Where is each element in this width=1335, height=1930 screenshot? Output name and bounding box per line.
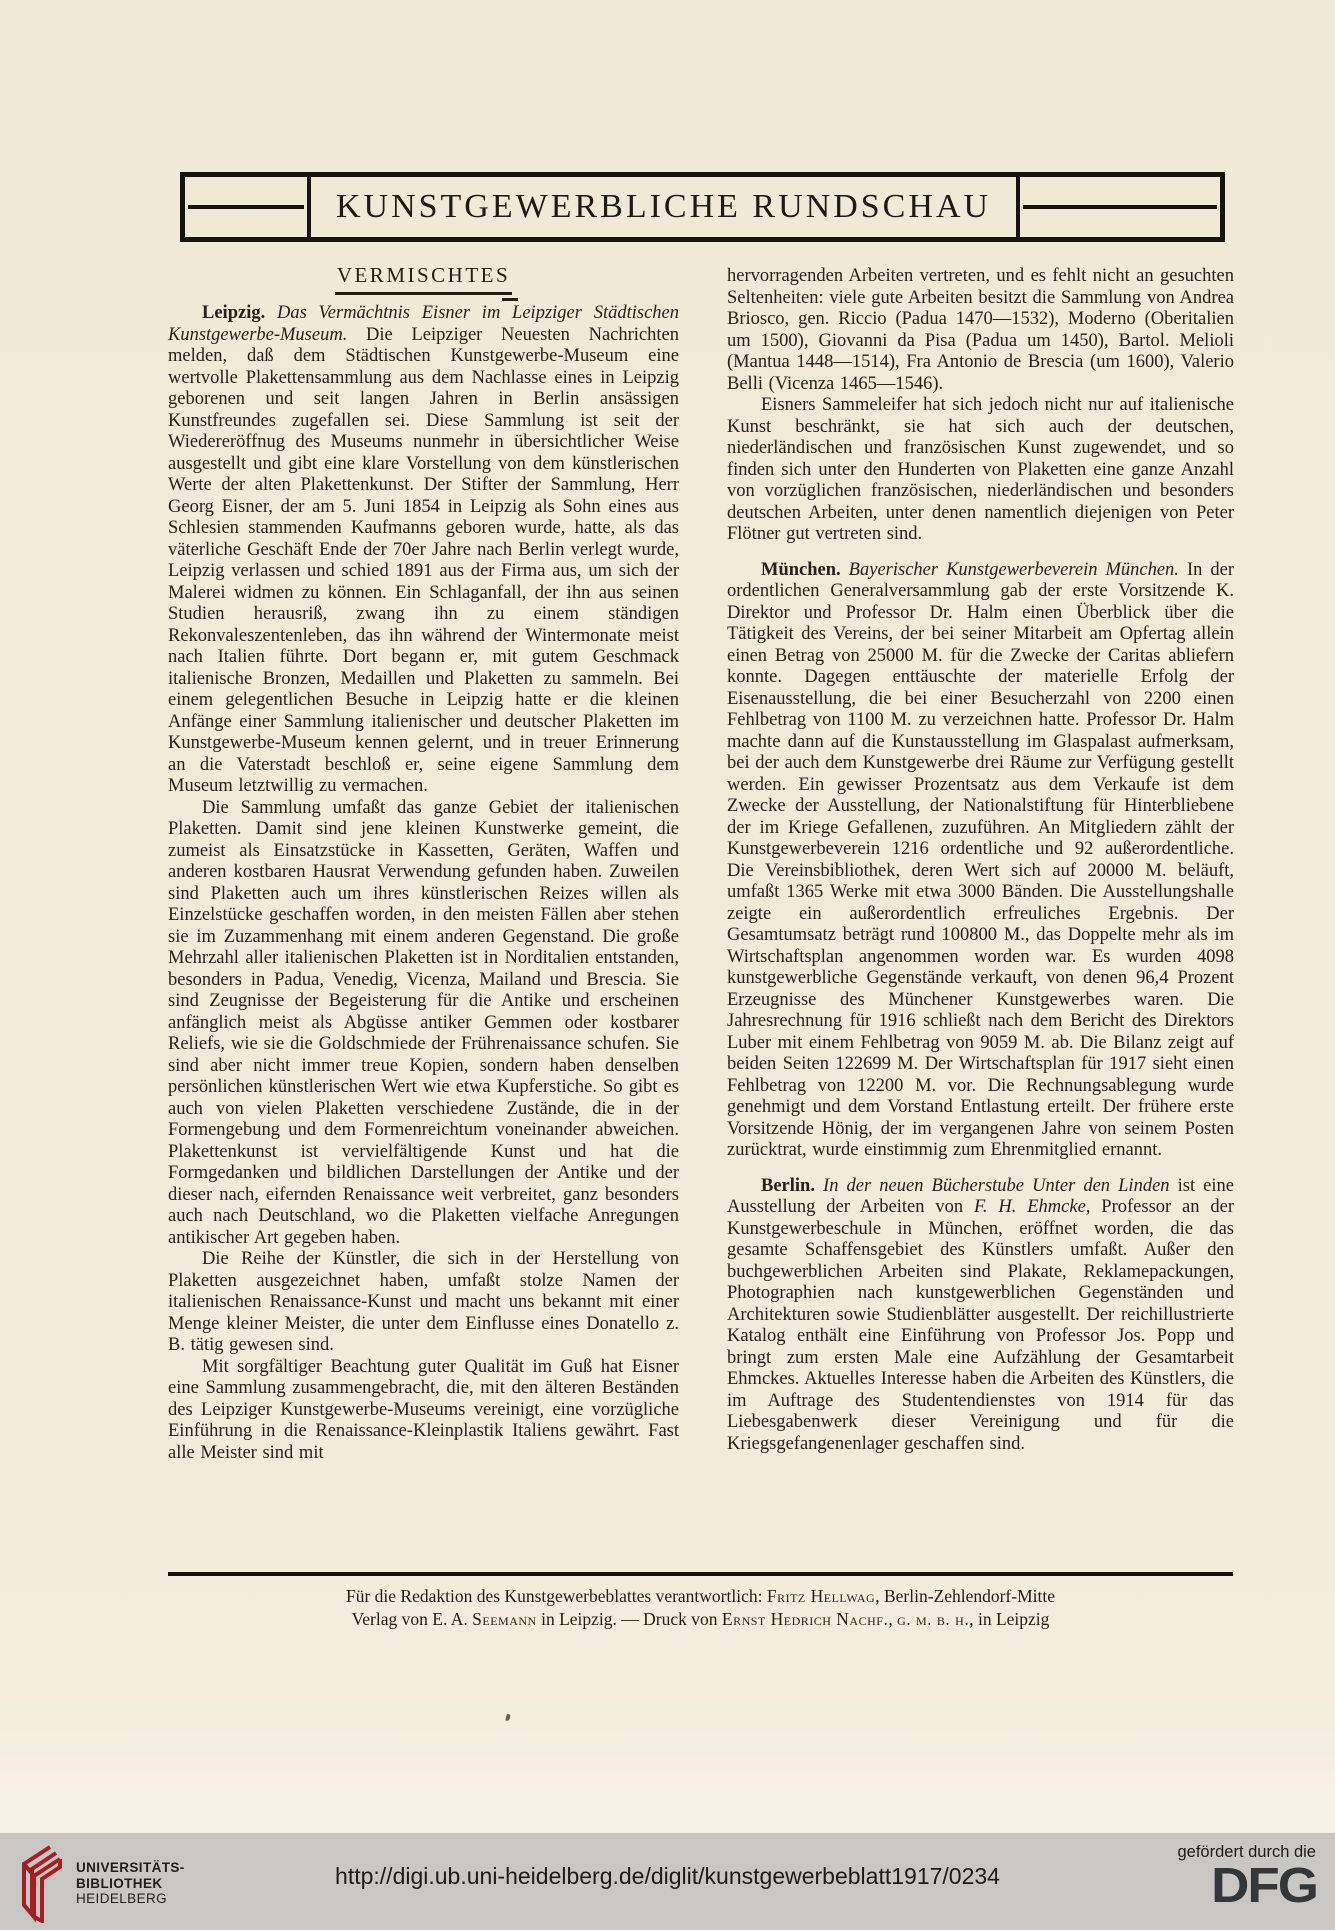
masthead-right-ornament-line	[1023, 205, 1217, 209]
article-berlin-artist-name: F. H. Ehmcke,	[974, 1197, 1090, 1217]
article-muenchen-title: Bayerischer Kunstgewerbeverein München.	[841, 560, 1179, 580]
article-leipzig-para-3: Die Reihe der Künstler, die sich in der …	[168, 1249, 679, 1357]
article-berlin-title: In der neuen Bücherstube Unter den Linde…	[815, 1176, 1170, 1196]
article-leipzig-opening: Leipzig. Das Vermächtnis Eisner im Leipz…	[168, 303, 679, 798]
article-muenchen-body: In der ordentlichen Generalversammlung g…	[727, 560, 1234, 1161]
imprint-line-2: Verlag von E. A. Seemann in Leipzig. — D…	[168, 1608, 1233, 1631]
article-leipzig-para-4: Mit sorgfältiger Beachtung guter Qualitä…	[168, 1357, 679, 1465]
article-berlin-body-2: Professor an der Kunstgewerbeschule in M…	[727, 1197, 1234, 1454]
masthead-left-ornament-line	[188, 205, 304, 209]
section-heading: VERMISCHTES	[335, 263, 512, 295]
imprint-editor-name: Fritz Hellwag	[767, 1586, 875, 1606]
imprint-separator: ,	[888, 1609, 897, 1629]
imprint-printer-legal-form: g. m. b. h.	[897, 1609, 969, 1629]
imprint-editor-note: Für die Redaktion des Kunstgewerbeblatte…	[346, 1586, 767, 1606]
article-leipzig-para-eisners: Eisners Sammeleifer hat sich jedoch nich…	[727, 395, 1234, 546]
imprint-printer-name: Ernst Hedrich Nachf.	[722, 1609, 888, 1629]
right-column: hervorragenden Arbeiten vertreten, und e…	[727, 266, 1234, 1455]
imprint-printer-city: , in Leipzig	[969, 1609, 1049, 1629]
left-column: Leipzig. Das Vermächtnis Eisner im Leipz…	[168, 303, 679, 1464]
library-footer-bar: UNIVERSITÄTS- BIBLIOTHEK HEIDELBERG http…	[0, 1833, 1335, 1930]
article-leipzig-para-2: Die Sammlung umfaßt das ganze Gebiet der…	[168, 798, 679, 1250]
masthead-right-ornament	[1016, 177, 1225, 237]
scan-url: http://digi.ub.uni-heidelberg.de/diglit/…	[0, 1863, 1335, 1890]
article-muenchen: München. Bayerischer Kunstgewerbeverein …	[727, 560, 1234, 1162]
imprint-line-1: Für die Redaktion des Kunstgewerbeblatte…	[168, 1585, 1233, 1608]
imprint: Für die Redaktion des Kunstgewerbeblatte…	[168, 1585, 1233, 1631]
city-label-muenchen: München.	[761, 560, 841, 580]
masthead-left-ornament	[180, 177, 311, 237]
city-label-leipzig: Leipzig.	[202, 303, 265, 323]
article-berlin: Berlin. In der neuen Bücherstube Unter d…	[727, 1176, 1234, 1456]
imprint-editor-city: , Berlin-Zehlendorf-Mitte	[875, 1586, 1055, 1606]
imprint-publisher-name: Seemann	[472, 1609, 537, 1629]
ub-label-line-3: HEIDELBERG	[76, 1891, 185, 1907]
article-leipzig-continuation: hervorragenden Arbeiten vertreten, und e…	[727, 266, 1234, 395]
masthead-title: KUNSTGEWERBLICHE RUNDSCHAU	[302, 172, 1025, 242]
city-label-berlin: Berlin.	[761, 1176, 815, 1196]
scan-speck	[505, 1714, 510, 1722]
dfg-logo: DFG	[1211, 1859, 1317, 1914]
imprint-printer-note: in Leipzig. — Druck von	[537, 1609, 722, 1629]
imprint-publisher-note: Verlag von E. A.	[352, 1609, 473, 1629]
imprint-rule	[168, 1572, 1233, 1576]
article-leipzig-body: Die Leipziger Neuesten Nachrichten melde…	[168, 325, 679, 797]
scanned-page: KUNSTGEWERBLICHE RUNDSCHAU VERMISCHTES L…	[0, 0, 1335, 1930]
section-heading-wrap: VERMISCHTES	[168, 263, 679, 295]
masthead-banner: KUNSTGEWERBLICHE RUNDSCHAU	[180, 172, 1225, 242]
